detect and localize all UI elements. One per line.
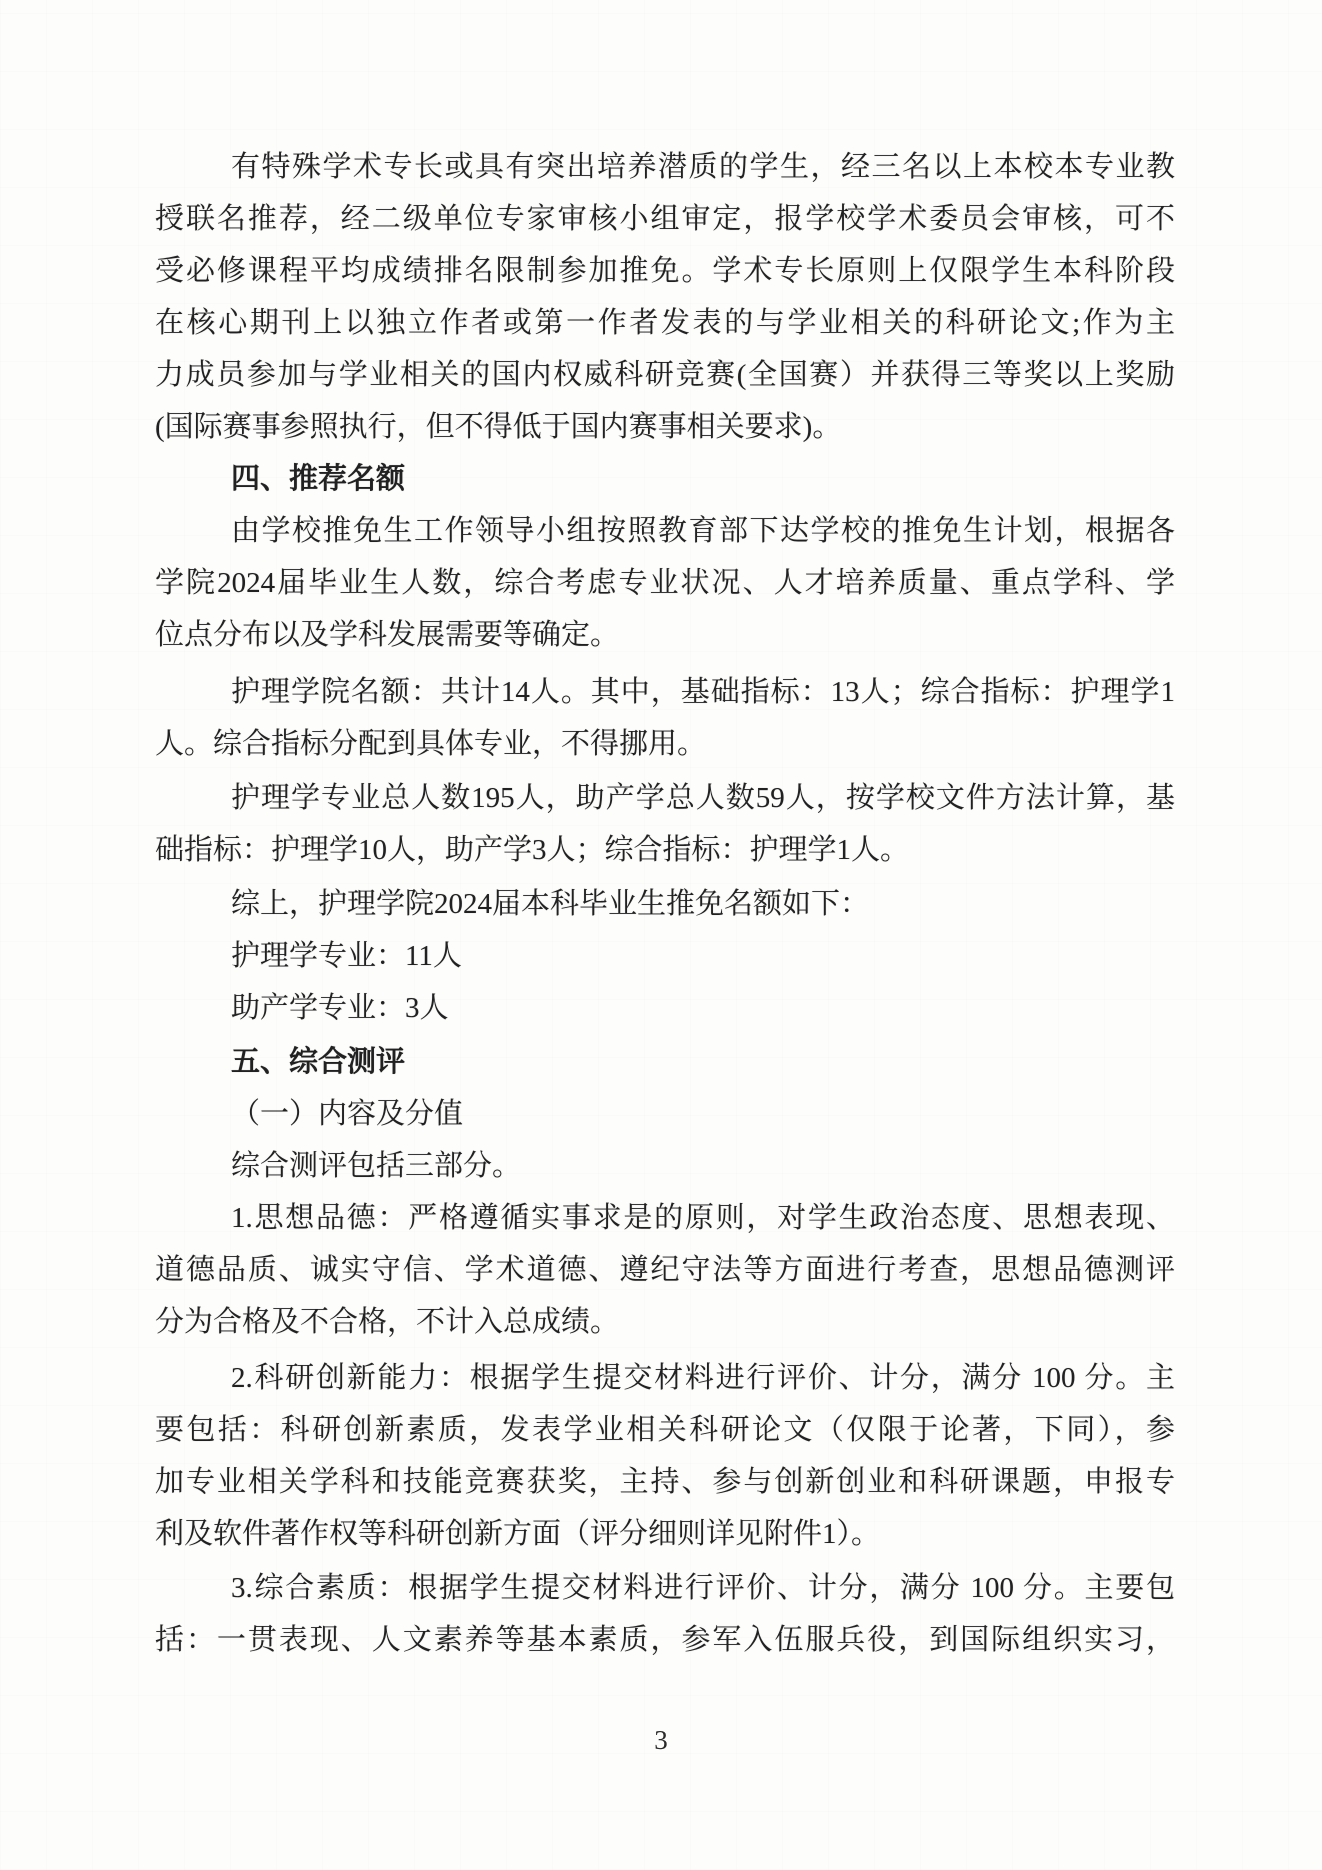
body-line: 力成员参加与学业相关的国内权威科研竞赛(全国赛）并获得三等奖以上奖励 (155, 349, 1175, 401)
body-line: 有特殊学术专长或具有突出培养潜质的学生，经三名以上本校本专业教 (155, 141, 1175, 193)
body-line: 3.综合素质：根据学生提交材料进行评价、计分，满分 100 分。主要包 (155, 1562, 1175, 1614)
body-line: 综上，护理学院2024届本科毕业生推免名额如下： (155, 878, 1175, 930)
body-line-quota-midwifery: 助产学专业：3人 (155, 982, 1175, 1034)
document-page: 有特殊学术专长或具有突出培养潜质的学生，经三名以上本校本专业教 授联名推荐，经二… (0, 0, 1322, 1870)
body-line: 由学校推免生工作领导小组按照教育部下达学校的推免生计划，根据各 (155, 505, 1175, 557)
body-line: 人。综合指标分配到具体专业，不得挪用。 (155, 718, 1175, 770)
body-line: 位点分布以及学科发展需要等确定。 (155, 609, 1175, 661)
heading-section-4: 四、推荐名额 (155, 453, 1175, 505)
heading-section-5: 五、综合测评 (155, 1036, 1175, 1088)
body-line: 础指标：护理学10人，助产学3人；综合指标：护理学1人。 (155, 824, 1175, 876)
body-line: 加专业相关学科和技能竞赛获奖，主持、参与创新创业和科研课题，申报专 (155, 1456, 1175, 1508)
subheading-content-and-score: （一）内容及分值 (155, 1088, 1175, 1140)
body-line: 受必修课程平均成绩排名限制参加推免。学术专长原则上仅限学生本科阶段 (155, 245, 1175, 297)
body-line: 授联名推荐，经二级单位专家审核小组审定，报学校学术委员会审核，可不 (155, 193, 1175, 245)
body-line: 道德品质、诚实守信、学术道德、遵纪守法等方面进行考查，思想品德测评 (155, 1244, 1175, 1296)
body-line: 2.科研创新能力：根据学生提交材料进行评价、计分，满分 100 分。主 (155, 1352, 1175, 1404)
body-line: 综合测评包括三部分。 (155, 1140, 1175, 1192)
body-line: 要包括：科研创新素质，发表学业相关科研论文（仅限于论著，下同），参 (155, 1404, 1175, 1456)
body-line: 利及软件著作权等科研创新方面（评分细则详见附件1）。 (155, 1508, 1175, 1560)
document-text-block: 有特殊学术专长或具有突出培养潜质的学生，经三名以上本校本专业教 授联名推荐，经二… (155, 141, 1175, 1666)
body-line: 护理学专业总人数195人，助产学总人数59人，按学校文件方法计算，基 (155, 772, 1175, 824)
body-line: (国际赛事参照执行，但不得低于国内赛事相关要求)。 (155, 401, 1175, 453)
body-line: 括：一贯表现、人文素养等基本素质，参军入伍服兵役，到国际组织实习， (155, 1614, 1175, 1666)
page-number: 3 (0, 1722, 1322, 1758)
body-line: 护理学院名额：共计14人。其中，基础指标：13人；综合指标：护理学1 (155, 666, 1175, 718)
body-line: 1.思想品德：严格遵循实事求是的原则，对学生政治态度、思想表现、 (155, 1192, 1175, 1244)
body-line: 分为合格及不合格，不计入总成绩。 (155, 1296, 1175, 1348)
body-line: 在核心期刊上以独立作者或第一作者发表的与学业相关的科研论文;作为主 (155, 297, 1175, 349)
body-line-quota-nursing: 护理学专业：11人 (155, 930, 1175, 982)
body-line: 学院2024届毕业生人数，综合考虑专业状况、人才培养质量、重点学科、学 (155, 557, 1175, 609)
